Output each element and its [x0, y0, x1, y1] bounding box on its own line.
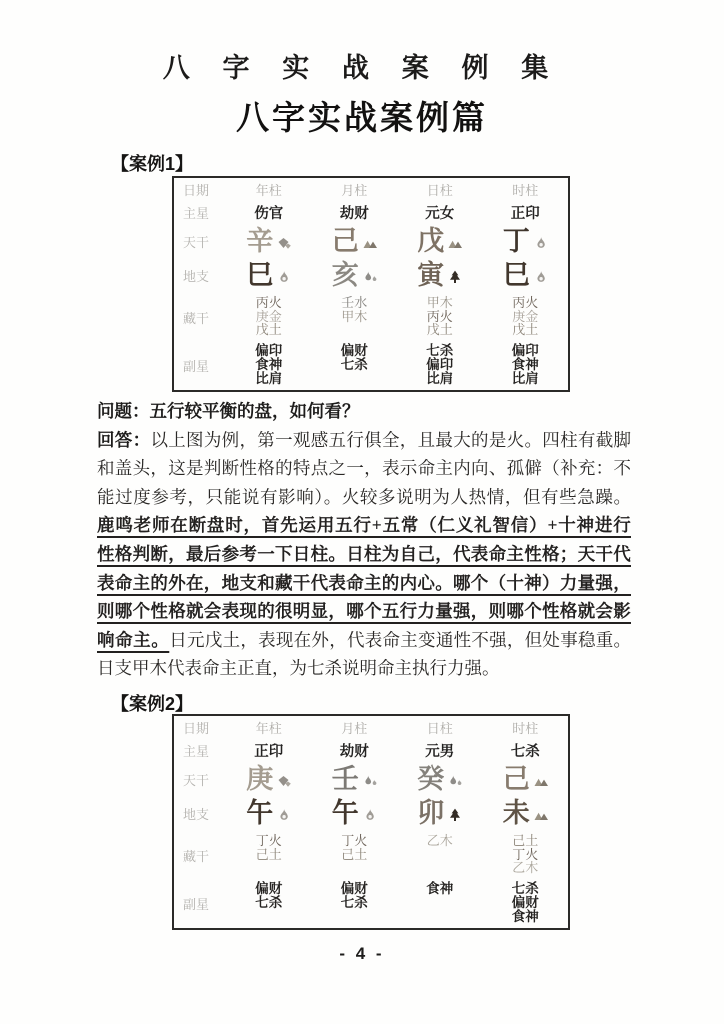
hidden-stem: 甲木: [427, 296, 453, 310]
sub-star: 偏财: [512, 896, 539, 910]
sub-star: 七杀: [255, 896, 282, 910]
case2-heading: 【案例2】: [111, 690, 193, 716]
hidden-stems-cell: 丁火 己土: [312, 831, 398, 879]
stem-char: 庚: [246, 766, 273, 793]
hidden-stems-cell: 己土 丁火 乙木: [483, 831, 569, 879]
book-title: 八 字 实 战 案 例 集: [0, 46, 724, 85]
stem-char: 己: [332, 228, 359, 255]
sub-stars-cell: 七杀 偏财 食神: [483, 879, 569, 928]
chapter-title: 八字实战案例篇: [0, 92, 724, 139]
branch-char: 卯: [417, 800, 444, 827]
sub-stars-cell: 偏财 七杀: [312, 879, 398, 928]
sub-star: 比肩: [426, 372, 453, 386]
sub-stars-cell: 偏印 食神 比肩: [226, 341, 312, 390]
sub-star: 偏印: [426, 358, 453, 372]
wood-icon: [448, 270, 462, 284]
sub-star: 偏印: [512, 344, 539, 358]
answer-part1: 以上图为例，第一观感五行俱全，且最大的是火。四柱有截脚和盖头，这是判断性格的特点…: [97, 430, 631, 507]
answer-part2: 日元戊土，表现在外，代表命主变通性不强，但处事稳重。日支甲木代表命主正直，为七杀…: [97, 630, 631, 679]
case1-heading: 【案例1】: [111, 150, 193, 176]
row-label-date: 日期: [174, 716, 226, 738]
sub-star: 七杀: [341, 896, 368, 910]
row-label-hidden: 藏干: [174, 831, 226, 879]
main-star-day: 元男: [397, 738, 483, 762]
water-icon: [363, 774, 377, 788]
stem-cell: 庚: [226, 762, 312, 796]
branch-cell: 巳: [226, 258, 312, 293]
branch-cell: 午: [226, 796, 312, 831]
column-header-hour: 时柱: [483, 178, 569, 200]
hidden-stem: 己土: [256, 848, 282, 862]
sub-star: 食神: [512, 358, 539, 372]
column-header-hour: 时柱: [483, 716, 569, 738]
branch-char: 午: [246, 800, 273, 827]
branch-char: 未: [503, 800, 530, 827]
sub-star: 七杀: [512, 882, 539, 896]
question-text: 五行较平衡的盘，如何看？: [150, 401, 360, 421]
hidden-stem: 丙火: [512, 296, 538, 310]
main-star-year: 正印: [226, 738, 312, 762]
stem-char: 戊: [417, 228, 444, 255]
main-star-year: 伤官: [226, 200, 312, 224]
hidden-stem: 乙木: [512, 861, 538, 875]
earth-icon: [534, 774, 548, 788]
hidden-stem: 壬水: [341, 296, 367, 310]
row-label-branch: 地支: [174, 258, 226, 293]
sub-star: 偏财: [255, 882, 282, 896]
column-header-month: 月柱: [312, 178, 398, 200]
hidden-stem: 丙火: [256, 296, 282, 310]
earth-icon: [363, 236, 377, 250]
water-icon: [448, 774, 462, 788]
scanned-book-page: 八 字 实 战 案 例 集 八字实战案例篇 【案例1】 日期 年柱 月柱 日柱 …: [0, 0, 724, 1024]
main-star-hour: 正印: [483, 200, 569, 224]
branch-char: 寅: [417, 262, 444, 289]
stem-cell: 辛: [226, 224, 312, 258]
hidden-stem: 庚金: [256, 310, 282, 324]
fire-icon: [534, 236, 548, 250]
stem-char: 己: [503, 766, 530, 793]
branch-cell: 巳: [483, 258, 569, 293]
sub-star: 比肩: [255, 372, 282, 386]
stem-char: 辛: [246, 228, 273, 255]
fire-icon: [277, 808, 291, 822]
main-star-month: 劫财: [312, 200, 398, 224]
row-label-main-star: 主星: [174, 738, 226, 762]
sub-star: 食神: [512, 910, 539, 924]
hidden-stem: 戊土: [512, 323, 538, 337]
sub-stars-cell: 七杀 偏印 比肩: [397, 341, 483, 390]
hidden-stems-cell: 丙火 庚金 戊土: [483, 293, 569, 341]
hidden-stem: 丁火: [512, 848, 538, 862]
fire-icon: [534, 270, 548, 284]
water-icon: [363, 270, 377, 284]
hidden-stems-cell: 甲木 丙火 戊土: [397, 293, 483, 341]
answer-label: 回答：: [97, 430, 150, 450]
hidden-stem: 戊土: [427, 323, 453, 337]
metal-icon: [277, 236, 291, 250]
column-header-month: 月柱: [312, 716, 398, 738]
sub-stars-cell: 偏财 七杀: [312, 341, 398, 390]
row-label-stem: 天干: [174, 224, 226, 258]
hidden-stem: 乙木: [427, 834, 453, 848]
metal-icon: [277, 774, 291, 788]
row-label-hidden: 藏干: [174, 293, 226, 341]
hidden-stem: 丙火: [427, 310, 453, 324]
hidden-stems-cell: 丙火 庚金 戊土: [226, 293, 312, 341]
column-header-year: 年柱: [226, 178, 312, 200]
branch-cell: 午: [312, 796, 398, 831]
branch-char: 午: [332, 800, 359, 827]
column-header-day: 日柱: [397, 178, 483, 200]
stem-cell: 壬: [312, 762, 398, 796]
column-header-day: 日柱: [397, 716, 483, 738]
stem-cell: 己: [483, 762, 569, 796]
bazi-chart-case1: 日期 年柱 月柱 日柱 时柱 主星 伤官 劫财 元女 正印 天干 辛 己 戊 丁…: [172, 176, 570, 392]
sub-star: 七杀: [341, 358, 368, 372]
case1-discussion: 问题：五行较平衡的盘，如何看？ 回答：以上图为例，第一观感五行俱全，且最大的是火…: [97, 397, 631, 683]
wood-icon: [448, 808, 462, 822]
stem-char: 丁: [503, 228, 530, 255]
hidden-stem: 己土: [512, 834, 538, 848]
stem-char: 癸: [417, 766, 444, 793]
sub-star: 食神: [426, 882, 453, 896]
row-label-main-star: 主星: [174, 200, 226, 224]
stem-cell: 癸: [397, 762, 483, 796]
question-label: 问题：: [97, 401, 150, 421]
hidden-stems-cell: 壬水 甲木: [312, 293, 398, 341]
stem-cell: 戊: [397, 224, 483, 258]
branch-char: 亥: [332, 262, 359, 289]
branch-cell: 亥: [312, 258, 398, 293]
branch-char: 巳: [246, 262, 273, 289]
column-header-year: 年柱: [226, 716, 312, 738]
answer-paragraph: 回答：以上图为例，第一观感五行俱全，且最大的是火。四柱有截脚和盖头，这是判断性格…: [97, 426, 631, 683]
row-label-sub-star: 副星: [174, 879, 226, 928]
sub-star: 偏财: [341, 344, 368, 358]
sub-stars-cell: 偏财 七杀: [226, 879, 312, 928]
sub-star: 偏财: [341, 882, 368, 896]
branch-cell: 卯: [397, 796, 483, 831]
main-star-day: 元女: [397, 200, 483, 224]
sub-star: 偏印: [255, 344, 282, 358]
earth-icon: [534, 808, 548, 822]
branch-char: 巳: [503, 262, 530, 289]
hidden-stems-cell: 乙木: [397, 831, 483, 879]
stem-char: 壬: [332, 766, 359, 793]
hidden-stem: 丁火: [341, 834, 367, 848]
row-label-sub-star: 副星: [174, 341, 226, 390]
bazi-chart-case2: 日期 年柱 月柱 日柱 时柱 主星 正印 劫财 元男 七杀 天干 庚 壬 癸 己…: [172, 714, 570, 930]
question-line: 问题：五行较平衡的盘，如何看？: [97, 397, 631, 426]
sub-star: 七杀: [426, 344, 453, 358]
hidden-stem: 丁火: [256, 834, 282, 848]
row-label-date: 日期: [174, 178, 226, 200]
stem-cell: 己: [312, 224, 398, 258]
row-label-branch: 地支: [174, 796, 226, 831]
main-star-hour: 七杀: [483, 738, 569, 762]
hidden-stem: 己土: [341, 848, 367, 862]
fire-icon: [363, 808, 377, 822]
stem-cell: 丁: [483, 224, 569, 258]
hidden-stems-cell: 丁火 己土: [226, 831, 312, 879]
branch-cell: 寅: [397, 258, 483, 293]
earth-icon: [448, 236, 462, 250]
branch-cell: 未: [483, 796, 569, 831]
main-star-month: 劫财: [312, 738, 398, 762]
row-label-stem: 天干: [174, 762, 226, 796]
hidden-stem: 戊土: [256, 323, 282, 337]
fire-icon: [277, 270, 291, 284]
page-number: - 4 -: [0, 944, 724, 964]
sub-star: 比肩: [512, 372, 539, 386]
sub-stars-cell: 食神: [397, 879, 483, 928]
sub-stars-cell: 偏印 食神 比肩: [483, 341, 569, 390]
sub-star: 食神: [255, 358, 282, 372]
hidden-stem: 庚金: [512, 310, 538, 324]
hidden-stem: 甲木: [341, 310, 367, 324]
